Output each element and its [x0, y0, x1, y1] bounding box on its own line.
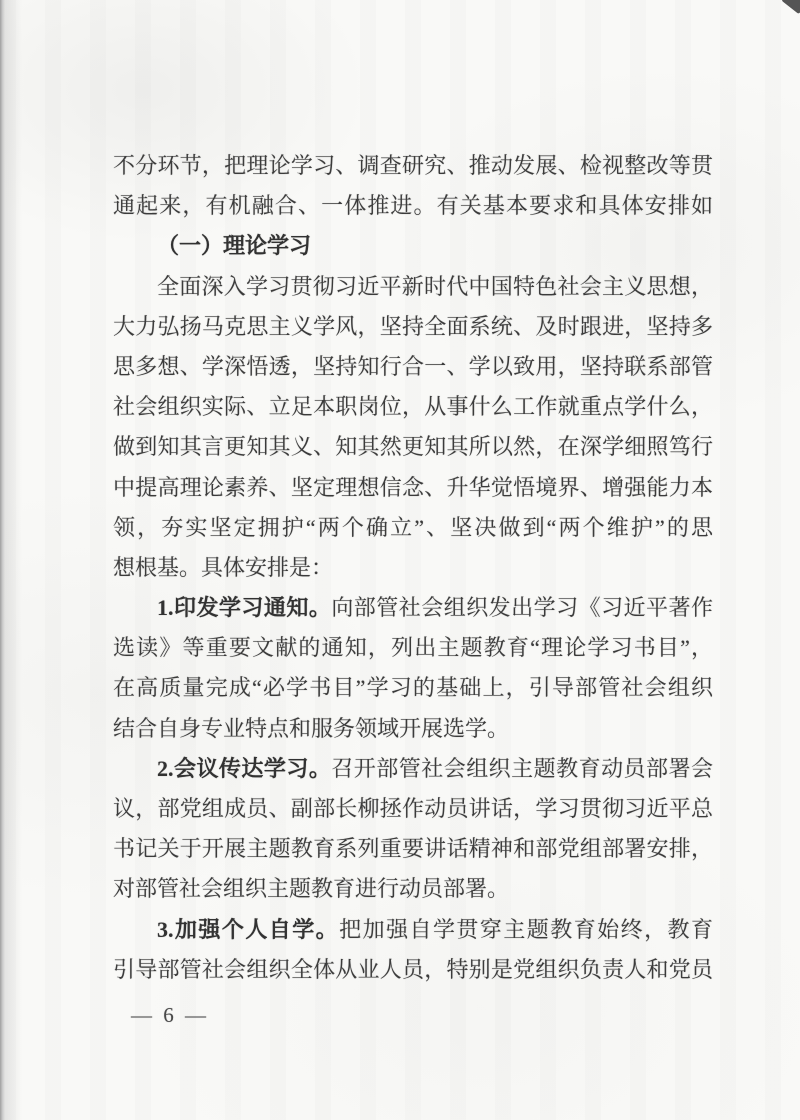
text-line: 领，夯实坚定拥护“两个确立”、坚决做到“两个维护”的思	[113, 508, 713, 548]
text-line: 结合自身专业特点和服务领域开展选学。	[113, 709, 713, 749]
text-line: （一）理论学习	[113, 226, 713, 266]
text-segment: 引导部管社会组织全体从业人员，特别是党组织负责人和党员	[113, 957, 713, 982]
text-line: 思多想、学深悟透，坚持知行合一、学以致用，坚持联系部管	[113, 347, 713, 387]
text-segment: 做到知其言更知其义、知其然更知其所以然，在深学细照笃行	[113, 434, 713, 459]
text-segment: 书记关于开展主题教育系列重要讲话精神和部党组部署安排，	[113, 836, 713, 861]
text-line: 选读》等重要文献的通知，列出主题教育“理论学习书目”，	[113, 628, 713, 668]
text-line: 引导部管社会组织全体从业人员，特别是党组织负责人和党员	[113, 950, 713, 990]
scan-corner-artifact	[781, 0, 800, 14]
text-line: 议，部党组成员、副部长柳拯作动员讲话，学习贯彻习近平总	[113, 789, 713, 829]
bold-text-segment: （一）理论学习	[157, 233, 311, 258]
text-segment: 不分环节，把理论学习、调查研究、推动发展、检视整改等贯	[113, 153, 713, 178]
text-line: 通起来，有机融合、一体推进。有关基本要求和具体安排如下。	[113, 186, 713, 226]
text-segment: 议，部党组成员、副部长柳拯作动员讲话，学习贯彻习近平总	[113, 796, 713, 821]
text-segment: 思多想、学深悟透，坚持知行合一、学以致用，坚持联系部管	[113, 354, 713, 379]
bold-text-segment: 2.会议传达学习。	[157, 756, 331, 781]
text-line: 社会组织实际、立足本职岗位，从事什么工作就重点学什么，	[113, 387, 713, 427]
text-segment: 把加强自学贯穿主题教育始终，教育	[339, 917, 713, 942]
text-segment: 领，夯实坚定拥护“两个确立”、坚决做到“两个维护”的思	[113, 515, 713, 540]
document-page: 不分环节，把理论学习、调查研究、推动发展、检视整改等贯通起来，有机融合、一体推进…	[0, 0, 800, 1120]
document-text: 不分环节，把理论学习、调查研究、推动发展、检视整改等贯通起来，有机融合、一体推进…	[113, 146, 713, 990]
text-line: 书记关于开展主题教育系列重要讲话精神和部党组部署安排，	[113, 829, 713, 869]
bold-text-segment: 1.印发学习通知。	[157, 595, 331, 620]
text-line: 中提高理论素养、坚定理想信念、升华觉悟境界、增强能力本	[113, 468, 713, 508]
text-segment: 选读》等重要文献的通知，列出主题教育“理论学习书目”，	[113, 635, 713, 660]
text-line: 3.加强个人自学。把加强自学贯穿主题教育始终，教育	[113, 910, 713, 950]
text-line: 大力弘扬马克思主义学风，坚持全面系统、及时跟进，坚持多	[113, 307, 713, 347]
text-line: 在高质量完成“必学书目”学习的基础上，引导部管社会组织	[113, 668, 713, 708]
text-segment: 大力弘扬马克思主义学风，坚持全面系统、及时跟进，坚持多	[113, 314, 713, 339]
page-number: — 6 —	[131, 1003, 209, 1028]
bold-text-segment: 3.加强个人自学。	[157, 917, 339, 942]
text-line: 对部管社会组织主题教育进行动员部署。	[113, 869, 713, 909]
text-segment: 召开部管社会组织主题教育动员部署会	[331, 756, 713, 781]
text-line: 做到知其言更知其义、知其然更知其所以然，在深学细照笃行	[113, 427, 713, 467]
text-line: 不分环节，把理论学习、调查研究、推动发展、检视整改等贯	[113, 146, 713, 186]
text-segment: 全面深入学习贯彻习近平新时代中国特色社会主义思想，	[157, 274, 713, 299]
text-segment: 对部管社会组织主题教育进行动员部署。	[113, 876, 509, 901]
scan-edge-shadow	[0, 0, 5, 1120]
text-line: 全面深入学习贯彻习近平新时代中国特色社会主义思想，	[113, 267, 713, 307]
text-segment: 结合自身专业特点和服务领域开展选学。	[113, 716, 509, 741]
text-line: 2.会议传达学习。召开部管社会组织主题教育动员部署会	[113, 749, 713, 789]
text-segment: 通起来，有机融合、一体推进。有关基本要求和具体安排如下。	[113, 193, 713, 226]
text-segment: 中提高理论素养、坚定理想信念、升华觉悟境界、增强能力本	[113, 475, 713, 500]
text-segment: 想根基。具体安排是：	[113, 555, 333, 580]
text-line: 想根基。具体安排是：	[113, 548, 713, 588]
text-line: 1.印发学习通知。向部管社会组织发出学习《习近平著作	[113, 588, 713, 628]
text-segment: 在高质量完成“必学书目”学习的基础上，引导部管社会组织	[113, 675, 713, 700]
text-segment: 社会组织实际、立足本职岗位，从事什么工作就重点学什么，	[113, 394, 713, 419]
text-segment: 向部管社会组织发出学习《习近平著作	[331, 595, 713, 620]
